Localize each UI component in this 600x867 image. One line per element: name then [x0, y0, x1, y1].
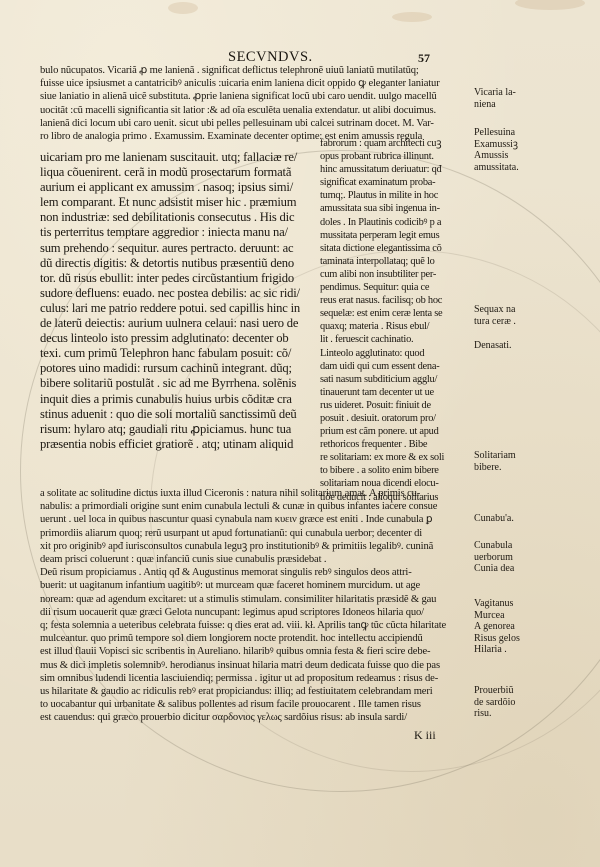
text-line: sim omnibus ludendi licentia lasciuiendi…: [40, 672, 465, 685]
paper-stain: [392, 12, 432, 22]
signature-mark: K iii: [414, 728, 436, 743]
margin-note-vagitanus: Vagitanus Murcea A genorea Risus gelos H…: [474, 598, 520, 656]
text-line: non industriæ: sed debilitationis consec…: [40, 210, 312, 225]
text-line: præsentia nobis efficiet gratiorẽ . atq;…: [40, 437, 312, 452]
margin-note-line: Sequax na: [474, 304, 516, 316]
text-line: sitata dictione elegantissima cõ: [320, 242, 465, 255]
text-line: doles . In Plautinis codicibꝰ p a: [320, 216, 465, 229]
margin-note-line: Denasati.: [474, 340, 512, 352]
text-line: potores uino madidi: rursum cachinũ inte…: [40, 361, 312, 376]
text-line: dam uidi qui cum essent dena-: [320, 360, 465, 373]
text-line: uocitãt :cũ macelli significantia sit la…: [40, 104, 460, 117]
margin-note-line: de sardõio: [474, 697, 515, 709]
text-line: lem comparant. Et nunc adsistit miser hi…: [40, 195, 312, 210]
margin-note-line: Solitariam: [474, 450, 516, 462]
lower-paragraph: a solitate ac solitudine dictus iuxta il…: [40, 487, 465, 725]
text-line: mulceantur. quo primũ tempore sol diem l…: [40, 632, 465, 645]
text-line: opus probant rubrica illinunt.: [320, 150, 465, 163]
text-line: pendimus. Sequitur: quia ce: [320, 281, 465, 294]
text-line: mussitata perperam legit emus: [320, 229, 465, 242]
text-line: bibere solitariũ postulãt . sic ad me By…: [40, 376, 312, 391]
text-line: tor. dũ risus ebullit: inter pedes circũ…: [40, 271, 312, 286]
text-line: decus linteolo isto pressim adglutinato:…: [40, 331, 312, 346]
text-line: uicariam pro me lanienam suscitauit. utq…: [40, 150, 312, 165]
paper-stain: [515, 0, 585, 10]
margin-note-line: Vagitanus: [474, 598, 520, 610]
text-line: de laterũ deiectis: aurium uulnera celau…: [40, 316, 312, 331]
text-line: mus & dici impletis solemnibꝰ. herodianu…: [40, 659, 465, 672]
margin-note-vicaria: Vicaria la- niena: [474, 87, 516, 110]
page-scan: SECVNDVS. 57 bulo nũcupatos. Vicariã ꝓ m…: [0, 0, 600, 867]
text-line: risum: hylaro atq; gaudiali ritu ꝓpiciam…: [40, 422, 312, 437]
text-line: liqua cõuenirent. cerã in modũ prosectar…: [40, 165, 312, 180]
text-line: nabulis: a primordiali origine sunt enim…: [40, 500, 465, 513]
text-line: lanienã dici locum ubi caro uenit. sicut…: [40, 117, 460, 130]
margin-note-line: Murcea: [474, 610, 520, 622]
text-line: aurium ei applicant ex amussim . nasoq; …: [40, 180, 312, 195]
text-line: amussitata sua sibi ingenua in-: [320, 202, 465, 215]
text-line: reus erat nasus. facilisq; ob hoc: [320, 294, 465, 307]
margin-note-line: bibere.: [474, 462, 516, 474]
margin-note-line: tura ceræ .: [474, 316, 516, 328]
text-line: fabrorum : quam architecti cuꝫ: [320, 137, 465, 150]
margin-note-line: Cunia dea: [474, 563, 514, 575]
text-line: to uocabantur qui urbanitate & salibus p…: [40, 698, 465, 711]
margin-note-line: Risus gelos: [474, 633, 520, 645]
main-text-column: uicariam pro me lanienam suscitauit. utq…: [40, 150, 312, 452]
text-line: stinus aduenit : quo die soli mortaliũ s…: [40, 407, 312, 422]
margin-note-line: niena: [474, 99, 516, 111]
margin-note-line: Prouerbiũ: [474, 685, 515, 697]
margin-note-cunabula: Cunabu'a.: [474, 513, 514, 525]
text-line: dii risum uocauerit quæ græci Gelota nun…: [40, 606, 465, 619]
paper-stain: [168, 2, 198, 14]
text-line: q; festa solemnia a ueteribus celebrata …: [40, 619, 465, 632]
text-line: siue laniatio in alienã uicẽ substituta.…: [40, 90, 460, 103]
top-paragraph: bulo nũcupatos. Vicariã ꝓ me lanienã . s…: [40, 64, 460, 143]
text-line: inquit dies a primis cunabulis huius urb…: [40, 392, 312, 407]
text-line: deam prisci coluerunt : quæ infanciũ cun…: [40, 553, 465, 566]
text-line: noream: quæ ad agendum excitaret: ut a s…: [40, 593, 465, 606]
margin-note-line: risu.: [474, 708, 515, 720]
text-line: uerunt . uel loca in quibus nascuntur qu…: [40, 513, 465, 526]
margin-note-line: Vicaria la-: [474, 87, 516, 99]
text-line: a solitate ac solitudine dictus iuxta il…: [40, 487, 465, 500]
text-line: significat examinatum proba-: [320, 176, 465, 189]
margin-note-line: amussitata.: [474, 162, 519, 174]
text-line: sudore defluens: euado. nec postea debil…: [40, 286, 312, 301]
text-line: taminata interpollataq; quẽ lo: [320, 255, 465, 268]
text-line: quaxq; materia . Risus ebul/: [320, 320, 465, 333]
margin-note-line: uerborum: [474, 552, 514, 564]
text-line: texi. cum primũ Telephron hanc fabulam p…: [40, 346, 312, 361]
text-line: Linteolo agglutinato: quod: [320, 347, 465, 360]
margin-note-pellesuina: Pellesuina Examussiꝫ Amussis amussitata.: [474, 127, 519, 173]
text-line: est cauendus: qui græco prouerbio dicitu…: [40, 711, 465, 724]
margin-note-denasati: Denasati.: [474, 340, 512, 352]
text-line: cum alibi non insubtiliter per-: [320, 268, 465, 281]
margin-note-solitariam: Solitariam bibere.: [474, 450, 516, 473]
text-line: lit . feruescit cachinatio.: [320, 333, 465, 346]
text-line: dũ directis digitis: & detortis nutibus …: [40, 256, 312, 271]
text-line: to bibere . a solito enim bibere: [320, 464, 465, 477]
text-line: xit pro originibꝰ apđ iurisconsultos cun…: [40, 540, 465, 553]
text-line: fuisse uice ipsiusmet a cantatricibꝰ ani…: [40, 77, 460, 90]
text-line: sati nasum subditicium agglu/: [320, 373, 465, 386]
text-line: tumq;. Plautus in milite in hoc: [320, 189, 465, 202]
text-line: rus uideret. Posuit: finiuit de: [320, 399, 465, 412]
margin-note-line: A genorea: [474, 621, 520, 633]
commentary-column: fabrorum : quam architecti cuꝫ opus prob…: [320, 137, 465, 504]
margin-note-line: Cunabu'a.: [474, 513, 514, 525]
text-line: sequelæ: est enim ceræ lenta se: [320, 307, 465, 320]
margin-note-line: Hilaria .: [474, 644, 520, 656]
text-line: est illud flauii Vopisci sic scribentis …: [40, 645, 465, 658]
text-line: us hilaritate & gaudio ac ridiculis rebꝰ…: [40, 685, 465, 698]
margin-note-prouerbium: Prouerbiũ de sardõio risu.: [474, 685, 515, 720]
margin-note-line: Cunabula: [474, 540, 514, 552]
margin-note-sequax: Sequax na tura ceræ .: [474, 304, 516, 327]
text-line: tinauerunt tam decenter ut ue: [320, 386, 465, 399]
margin-note-cunabula-uerborum: Cunabula uerborum Cunia dea: [474, 540, 514, 575]
text-line: posuit . desiuit. oratorum pro/: [320, 412, 465, 425]
text-line: hinc amussitatum deriuatur: qđ: [320, 163, 465, 176]
text-line: prium est cãm ponere. ut apud: [320, 425, 465, 438]
text-line: sum prehendo : sequitur. aures pertracto…: [40, 241, 312, 256]
margin-note-line: Examussiꝫ: [474, 139, 519, 151]
text-line: tis perterritus temptare aggredior : ini…: [40, 225, 312, 240]
text-line: buerit: ut uagitanum infantium uagitibꝰ:…: [40, 579, 465, 592]
text-line: Deũ risum propiciamus . Antiq qđ & Augus…: [40, 566, 465, 579]
text-line: culus: lari me patrio reddere potui. sed…: [40, 301, 312, 316]
text-line: bulo nũcupatos. Vicariã ꝓ me lanienã . s…: [40, 64, 460, 77]
text-line: rethoricos frequenter . Bibe: [320, 438, 465, 451]
margin-note-line: Amussis: [474, 150, 519, 162]
text-line: re solitariam: ex more & ex soli: [320, 451, 465, 464]
text-line: primordiis aliarum quoq; rerũ usurpant u…: [40, 527, 465, 540]
margin-note-line: Pellesuina: [474, 127, 519, 139]
